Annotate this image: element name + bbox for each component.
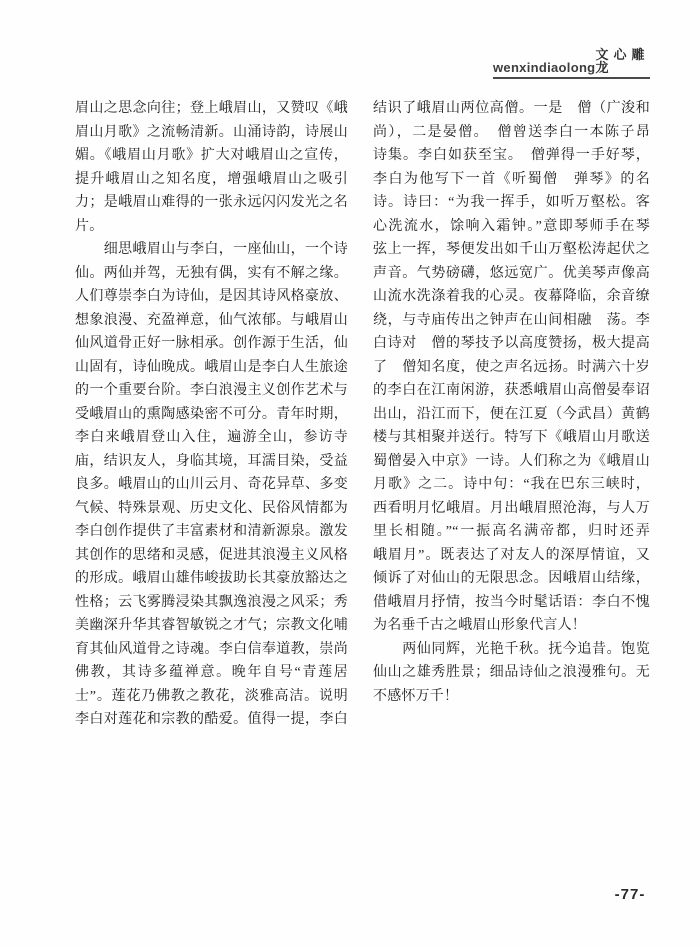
header-rule (493, 77, 650, 79)
text-line: 的形成。峨眉山雄伟峻拔助长其豪放豁达之 (75, 567, 348, 591)
text-line: 庙，结识友人，身临其境，耳濡目染，受益 (75, 450, 348, 474)
text-line: 为名垂千古之峨眉山形象代言人！ (373, 614, 650, 638)
text-line: 声音。气势磅礴，悠远宽广。优美琴声像高 (373, 262, 650, 286)
text-line: 受峨眉山的熏陶感染密不可分。青年时期， (75, 403, 348, 427)
text-line: 细思峨眉山与李白，一座仙山，一个诗 (75, 238, 348, 262)
text-line: 良多。峨眉山的山川云月、奇花异草、多变 (75, 473, 348, 497)
page-number: -77- (600, 886, 660, 903)
text-line: 性格；云飞雾腾浸染其飘逸浪漫之风采；秀 (75, 591, 348, 615)
text-line: 山固有，诗仙晚成。峨眉山是李白人生旅途 (75, 356, 348, 380)
text-line: 仙山之雄秀胜景；细品诗仙之浪漫雅句。无 (373, 661, 650, 685)
text-line: 蜀僧晏入中京》一诗。人们称之为《峨眉山 (373, 450, 650, 474)
text-column-right: 结识了峨眉山两位高僧。一是 僧（广浚和尚），二是晏僧。 僧曾送李白一本陈子昂诗集… (373, 97, 650, 732)
text-line: 的一个重要台阶。李白浪漫主义创作艺术与 (75, 379, 348, 403)
text-line: 的李白在江南闲游，获悉峨眉山高僧晏奉诏 (373, 379, 650, 403)
text-line: 提升峨眉山之知名度，增强峨眉山之吸引 (75, 168, 348, 192)
text-line: 绕，与寺庙传出之钟声在山间相融 荡。李 (373, 309, 650, 333)
text-line: 里长相随。”“一振高名满帝都，归时还弄 (373, 520, 650, 544)
text-line: 倾诉了对仙山的无限思念。因峨眉山结缘， (373, 567, 650, 591)
text-line: 佛教，其诗多蕴禅意。晚年自号“青莲居 (75, 661, 348, 685)
text-line: 弦上一挥，琴便发出如千山万壑松涛起伏之 (373, 238, 650, 262)
text-line: 山流水洗涤着我的心灵。夜幕降临，余音缭 (373, 285, 650, 309)
text-line: 眉山之思念向往；登上峨眉山，又赞叹《峨 (75, 97, 348, 121)
text-line: 李白对莲花和宗教的酷爱。值得一提，李白 (75, 708, 348, 732)
text-line: 诗集。李白如获至宝。 僧弹得一手好琴， (373, 144, 650, 168)
text-column-left: 眉山之思念向往；登上峨眉山，又赞叹《峨眉山月歌》之流畅清新。山涌诗韵，诗展山媚。… (75, 97, 348, 732)
text-line: 仙风道骨正好一脉相承。创作源于生活，仙 (75, 332, 348, 356)
text-line: 眉山月歌》之流畅清新。山涌诗韵，诗展山 (75, 121, 348, 145)
text-line: 力；是峨眉山难得的一张永远闪闪发光之名 (75, 191, 348, 215)
text-line: 李白创作提供了丰富素材和清新源泉。激发 (75, 520, 348, 544)
text-line: 尚），二是晏僧。 僧曾送李白一本陈子昂 (373, 121, 650, 145)
page-header: wenxindiaolong 文心雕龙 (493, 56, 651, 74)
magazine-page: wenxindiaolong 文心雕龙 眉山之思念向往；登上峨眉山，又赞叹《峨眉… (0, 0, 700, 948)
text-line: 月歌》之二。诗中句：“我在巴东三峡时， (373, 473, 650, 497)
text-line: 楼与其相聚并送行。特写下《峨眉山月歌送 (373, 426, 650, 450)
text-line: 李白为他写下一首《听蜀僧 弹琴》的名 (373, 168, 650, 192)
text-line: 育其仙风道骨之诗魂。李白信奉道教，崇尚 (75, 638, 348, 662)
text-line: 结识了峨眉山两位高僧。一是 僧（广浚和 (373, 97, 650, 121)
text-line: 士”。莲花乃佛教之教花，淡雅高洁。说明 (75, 685, 348, 709)
text-line: 仙。两仙并驾，无独有偶，实有不解之缘。 (75, 262, 348, 286)
text-line: 西看明月忆峨眉。月出峨眉照沧海，与人万 (373, 497, 650, 521)
text-line: 不感怀万千！ (373, 685, 650, 709)
text-line: 片。 (75, 215, 348, 239)
text-line: 媚。《峨眉山月歌》扩大对峨眉山之宣传， (75, 144, 348, 168)
text-line: 心洗流水，馀响入霜钟。”意即琴师手在琴 (373, 215, 650, 239)
text-line: 峨眉月”。既表达了对友人的深厚情谊，又 (373, 544, 650, 568)
text-line: 两仙同辉，光艳千秋。抚今追昔。饱览 (373, 638, 650, 662)
text-line: 气候、特殊景观、历史文化、民俗风情都为 (75, 497, 348, 521)
text-line: 美幽深升华其睿智敏锐之才气；宗教文化哺 (75, 614, 348, 638)
text-line: 人们尊崇李白为诗仙，是因其诗风格豪放、 (75, 285, 348, 309)
article-body: 眉山之思念向往；登上峨眉山，又赞叹《峨眉山月歌》之流畅清新。山涌诗韵，诗展山媚。… (75, 97, 650, 732)
text-line: 诗。诗曰：“为我一挥手，如听万壑松。客 (373, 191, 650, 215)
text-line: 想象浪漫、充盈禅意，仙气浓郁。与峨眉山 (75, 309, 348, 333)
text-line: 李白来峨眉登山入住，遍游全山，参访寺 (75, 426, 348, 450)
text-line: 了 僧知名度，使之声名远扬。时满六十岁 (373, 356, 650, 380)
text-line: 借峨眉月抒情，按当今时髦话语：李白不愧 (373, 591, 650, 615)
text-line: 其创作的思绪和灵感，促进其浪漫主义风格 (75, 544, 348, 568)
header-brand-chinese: 文心雕龙 (595, 48, 656, 74)
text-line: 白诗对 僧的琴技予以高度赞扬，极大提高 (373, 332, 650, 356)
text-line: 出山，沿江而下，便在江夏（今武昌）黄鹤 (373, 403, 650, 427)
header-brand-latin: wenxindiaolong (493, 61, 595, 74)
